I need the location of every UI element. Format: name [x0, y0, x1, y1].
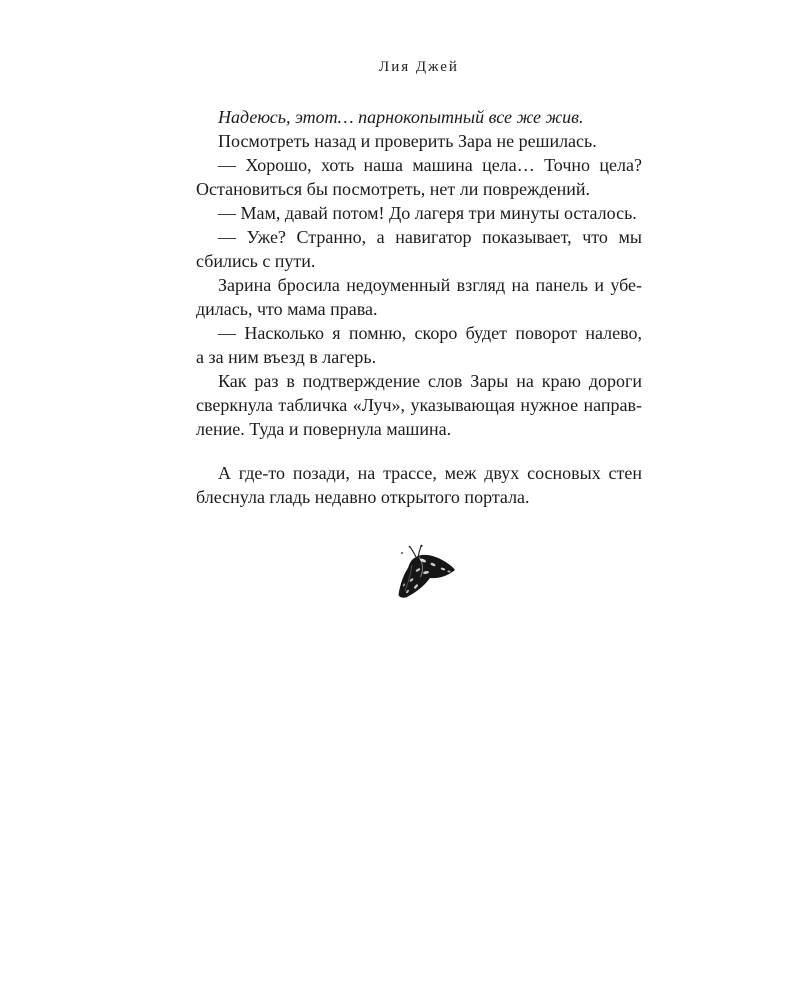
- text-line: Посмотреть назад и проверить Зара не реш…: [196, 129, 642, 153]
- text-line: сверкнула табличка «Луч», указывающая ну…: [196, 393, 642, 417]
- text-line: А где-то позади, на трассе, меж двух сос…: [196, 461, 642, 485]
- text-line: — Хорошо, хоть наша машина цела… Точно ц…: [196, 153, 642, 177]
- paragraph-dialogue: — Мам, давай потом! До лагеря три минуты…: [196, 201, 642, 225]
- text-line: блеснула гладь недавно открытого портала…: [196, 485, 642, 509]
- paragraph-narration: Посмотреть назад и проверить Зара не реш…: [196, 129, 642, 153]
- text-line: — Мам, давай потом! До лагеря три минуты…: [196, 201, 642, 225]
- paragraph-dialogue: — Уже? Странно, а навигатор показывает, …: [196, 225, 642, 273]
- paragraph-dialogue: — Насколько я помню, скоро будет поворот…: [196, 321, 642, 369]
- paragraph-narration: А где-то позади, на трассе, меж двух сос…: [196, 461, 642, 509]
- book-page: Лия Джей Надеюсь, этот… парнокопытный вс…: [0, 0, 800, 1000]
- text-line: а за ним въезд в лагерь.: [196, 345, 642, 369]
- moth-icon: [396, 544, 458, 602]
- paragraph-inner-thought: Надеюсь, этот… парнокопытный все же жив.: [196, 105, 642, 129]
- paragraph-dialogue: — Хорошо, хоть наша машина цела… Точно ц…: [196, 153, 642, 201]
- text-line: — Уже? Странно, а навигатор показывает, …: [196, 225, 642, 249]
- moth-illustration: [396, 544, 458, 602]
- text-line: Надеюсь, этот… парнокопытный все же жив.: [196, 105, 642, 129]
- text-line: сбились с пути.: [196, 249, 642, 273]
- page-body: Надеюсь, этот… парнокопытный все же жив.…: [196, 105, 642, 509]
- running-header-author: Лия Джей: [196, 59, 642, 76]
- paragraph-narration: Как раз в подтверждение слов Зары на кра…: [196, 369, 642, 441]
- text-line: — Насколько я помню, скоро будет поворот…: [196, 321, 642, 345]
- text-line: ление. Туда и повернула машина.: [196, 417, 642, 441]
- text-line: Как раз в подтверждение слов Зары на кра…: [196, 369, 642, 393]
- text-line: Остановиться бы посмотреть, нет ли повре…: [196, 177, 642, 201]
- text-line: дилась, что мама права.: [196, 297, 642, 321]
- text-line: Зарина бросила недоуменный взгляд на пан…: [196, 273, 642, 297]
- paragraph-narration: Зарина бросила недоуменный взгляд на пан…: [196, 273, 642, 321]
